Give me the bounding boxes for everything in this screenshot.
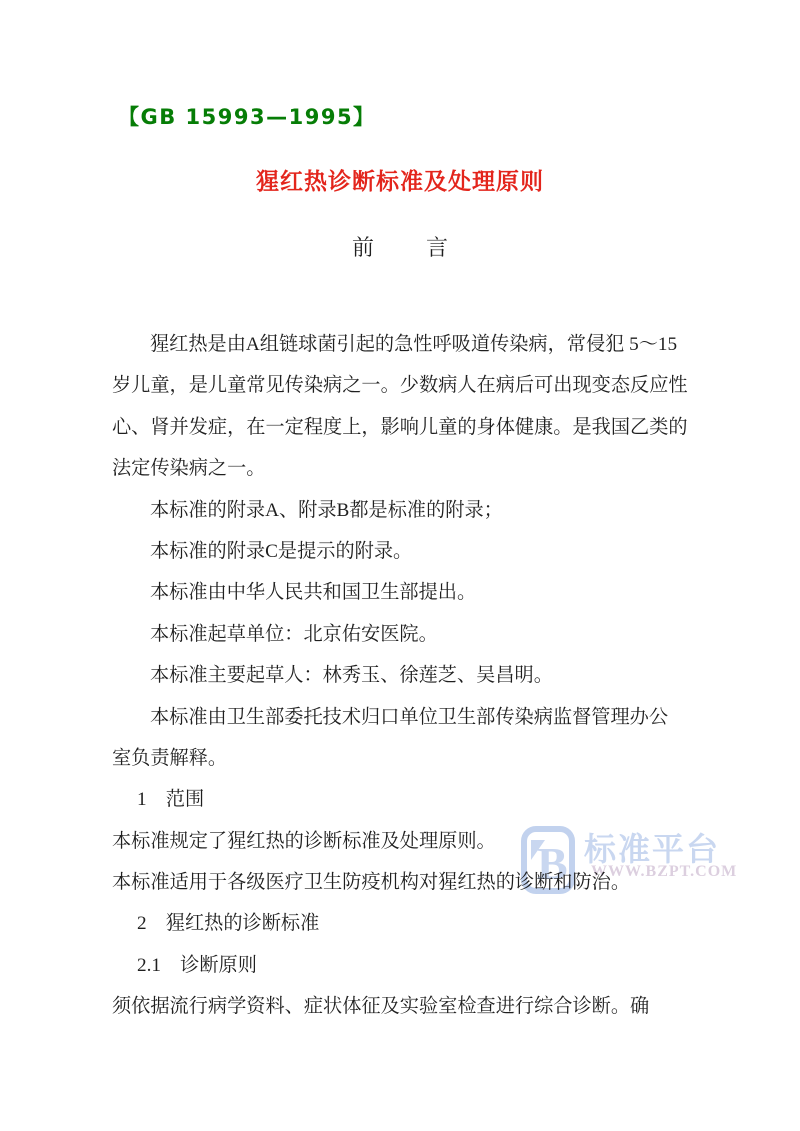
text-line: 岁儿童，是儿童常见传染病之一。少数病人在病后可出现变态反应性 [112, 365, 692, 406]
text-line: 本标准规定了猩红热的诊断标准及处理原则。 [112, 821, 692, 862]
preface-heading: 前言 [0, 231, 800, 262]
preface-char-right: 言 [426, 235, 448, 260]
preface-char-left: 前 [352, 235, 374, 260]
text-line: 本标准由中华人民共和国卫生部提出。 [112, 572, 692, 613]
text-line: 本标准的附录C是提示的附录。 [112, 531, 692, 572]
text-line: 须依据流行病学资料、症状体征及实验室检查进行综合诊断。确 [112, 986, 692, 1027]
text-line: 2 猩红热的诊断标准 [112, 903, 692, 944]
document-title: 猩红热诊断标准及处理原则 [0, 163, 800, 196]
text-line: 法定传染病之一。 [112, 448, 692, 489]
text-line: 2.1 诊断原则 [112, 945, 692, 986]
text-line: 本标准主要起草人：林秀玉、徐莲芝、吴昌明。 [112, 655, 692, 696]
body-text: 猩红热是由A组链球菌引起的急性呼吸道传染病，常侵犯 5～15岁儿童，是儿童常见传… [112, 324, 692, 1028]
text-line: 本标准适用于各级医疗卫生防疫机构对猩红热的诊断和防治。 [112, 862, 692, 903]
text-line: 本标准起草单位：北京佑安医院。 [112, 614, 692, 655]
text-line: 室负责解释。 [112, 738, 692, 779]
text-line: 猩红热是由A组链球菌引起的急性呼吸道传染病，常侵犯 5～15 [112, 324, 692, 365]
document-page: 【GB 15993—1995】 猩红热诊断标准及处理原则 前言 B 标准平台 W… [0, 0, 800, 1131]
standard-code: 【GB 15993—1995】 [118, 101, 376, 131]
text-line: 心、肾并发症，在一定程度上，影响儿童的身体健康。是我国乙类的 [112, 407, 692, 448]
text-line: 本标准由卫生部委托技术归口单位卫生部传染病监督管理办公 [112, 697, 692, 738]
text-line: 本标准的附录A、附录B都是标准的附录； [112, 490, 692, 531]
text-line: 1 范围 [112, 779, 692, 820]
